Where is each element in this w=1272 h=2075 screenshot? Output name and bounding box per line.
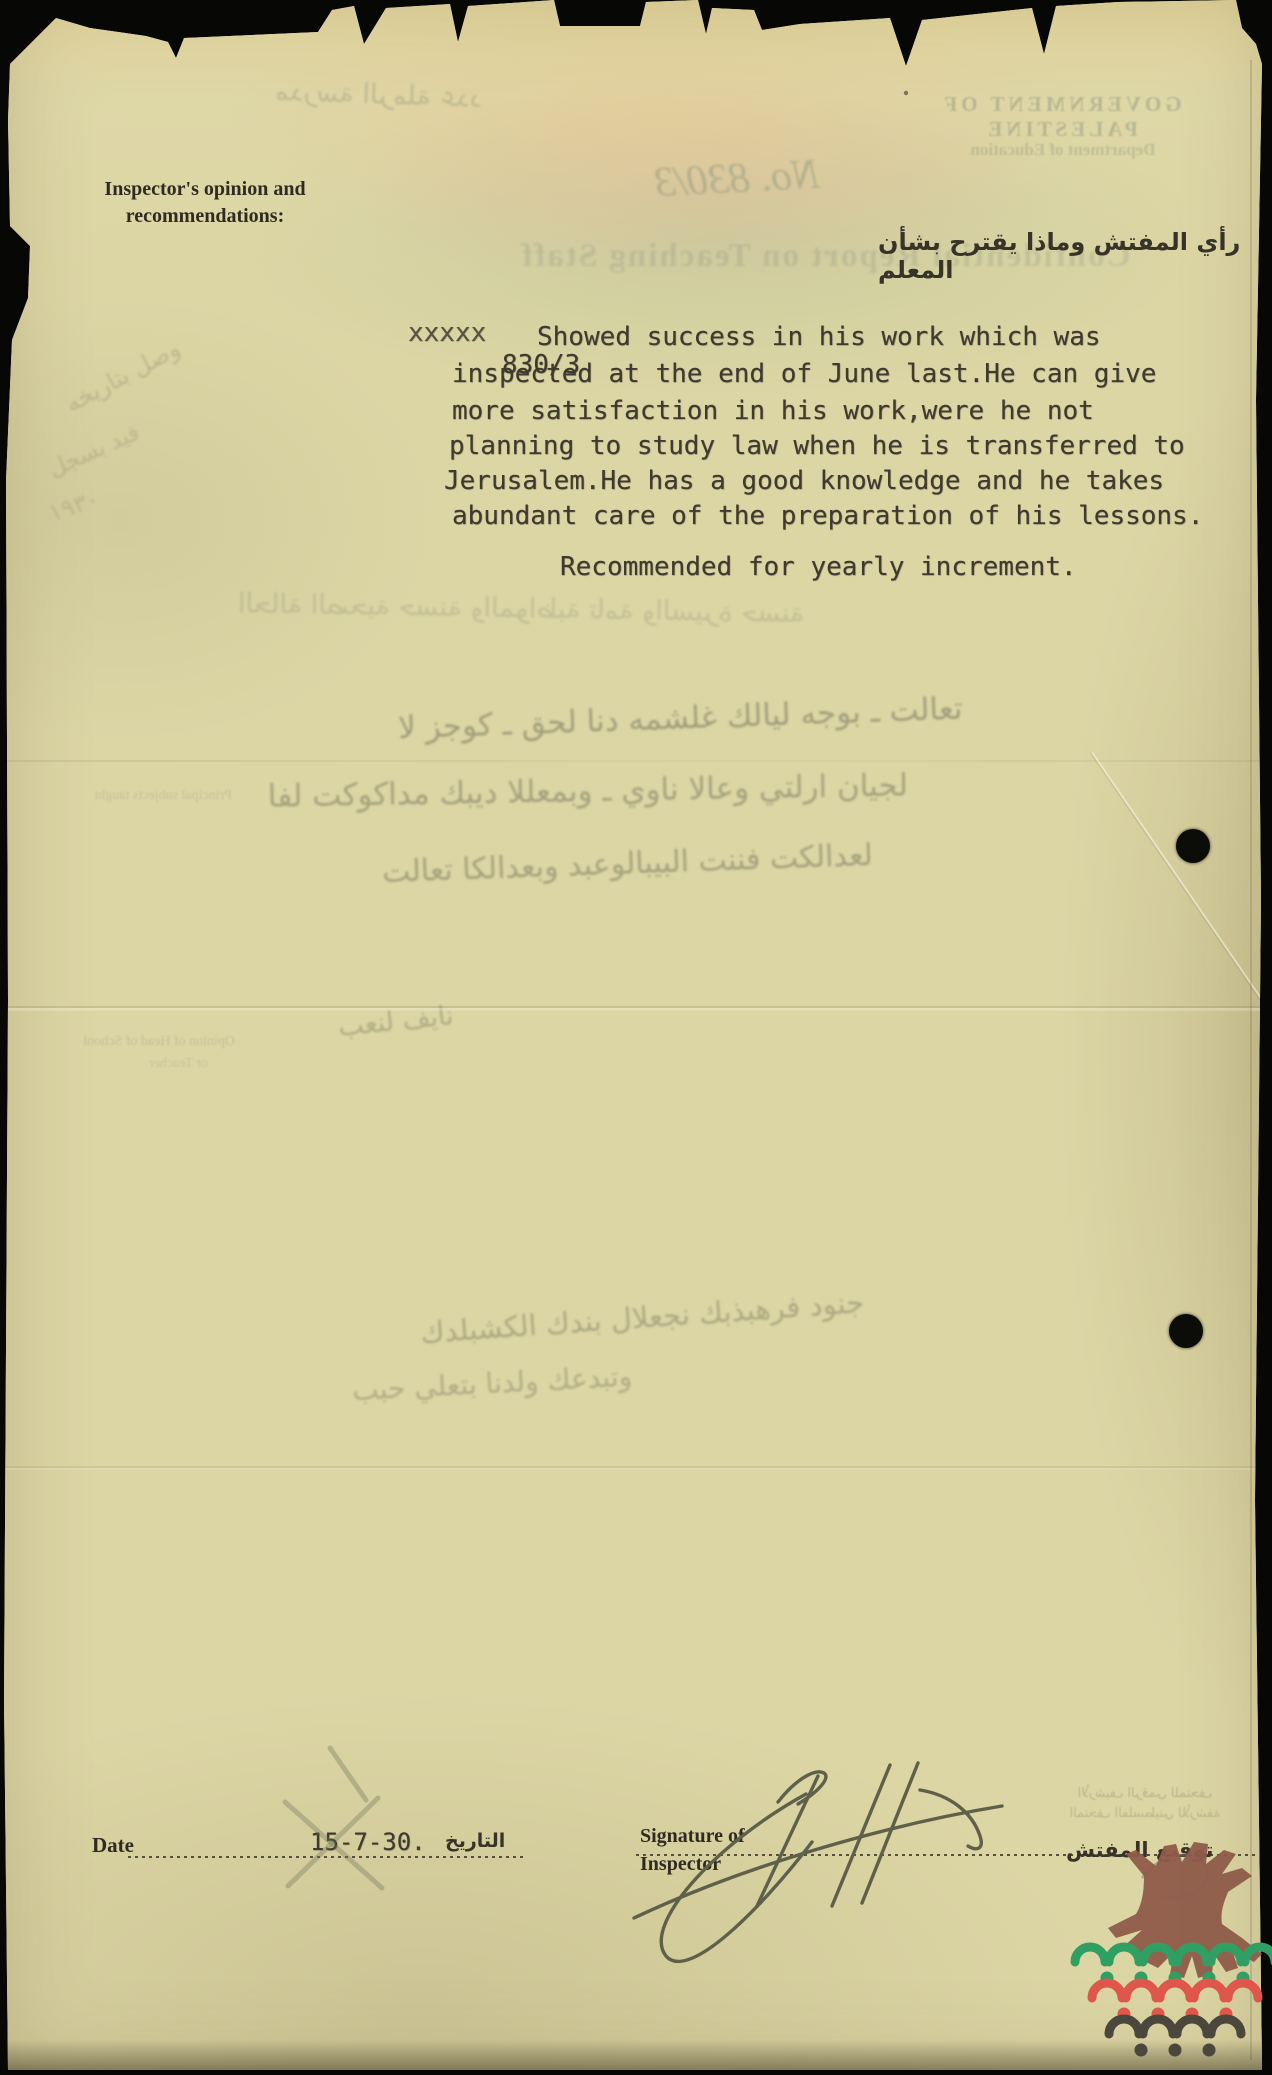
fold-crease-lower xyxy=(0,1466,1272,1468)
signature-of-label: Signature of Inspector xyxy=(640,1822,745,1878)
bleedthrough-file-number: No. 830/3 xyxy=(539,151,821,214)
recommendation-line: Recommended for yearly increment. xyxy=(560,552,1077,582)
inspectors-opinion-label-line1: Inspector's opinion and xyxy=(85,176,325,203)
handwritten-lower-block-line-2: وتبدعك ولدنا بتعلي حبب xyxy=(351,1356,702,1407)
archive-watermark-line-2: المتحف الفلسطيني للأرشفة xyxy=(1036,1806,1254,1821)
handwritten-note-ar-line-3: لعدالكت فننت البيبالوعبد وبعدالكا تعالت xyxy=(382,835,958,890)
bleedthrough-opinion-label-1: Opinion of Head of School xyxy=(50,1034,235,1050)
overtype-strike: xxxxx xyxy=(408,318,486,348)
handwritten-note-ar-line-1: تعالت ـ بوجه ليالك غلشمه دنا لحق ـ كوجز … xyxy=(398,690,989,747)
date-value: 15-7-30. xyxy=(310,1828,426,1856)
report-line-1: Showed success in his work which was xyxy=(537,322,1101,352)
bleedthrough-opinion-label-2: or Teacher xyxy=(58,1056,208,1072)
museum-logo xyxy=(1056,1842,1272,2062)
diagonal-crease xyxy=(1091,752,1272,1025)
report-line-6: abundant care of the preparation of his … xyxy=(452,501,1203,531)
inspectors-opinion-label-ar: رأي المفتش وماذا يقترح بشأن المعلم xyxy=(878,228,1248,284)
bleedthrough-field-line-ar: الحالة الصحية حسنة والمواظبة تامة والسير… xyxy=(238,588,1138,635)
handwritten-note-ar-line-2: لجيان ارلتي وعالا ناوي ـ وبمعللا ديبك مد… xyxy=(388,767,909,812)
fold-crease-middle xyxy=(0,1006,1272,1008)
bleedthrough-department-text: Department of Education xyxy=(918,140,1208,160)
bleedthrough-government-text: GOVERNMENT OF PALESTINE xyxy=(872,92,1250,142)
handwritten-lower-block-line-1: جنود فرهبذبك نجعلال بندك الكشبلدك xyxy=(419,1284,880,1350)
signature-of-label-line1: Signature of xyxy=(640,1822,745,1850)
inspectors-opinion-label: Inspector's opinion and recommendations: xyxy=(85,176,325,230)
hole-punch-bottom xyxy=(1169,1314,1203,1348)
report-line-2: inspected at the end of June last.He can… xyxy=(452,359,1156,389)
date-label-ar: التاريخ xyxy=(445,1830,505,1852)
bleedthrough-top-left-note-ar: مدرسة الرملة عدد xyxy=(275,76,526,116)
margin-scribble-1: وصل بتاريخه xyxy=(61,334,185,418)
scanned-document-page: GOVERNMENT OF PALESTINE Department of Ed… xyxy=(0,0,1272,2075)
margin-scribble-2: قيد بسجل xyxy=(45,419,144,482)
fold-crease-upper xyxy=(0,760,1272,762)
report-line-4: planning to study law when he is transfe… xyxy=(449,431,1185,461)
report-line-3: more satisfaction in his work,were he no… xyxy=(452,396,1094,426)
date-dotted-line xyxy=(128,1856,526,1858)
paper-sheet: GOVERNMENT OF PALESTINE Department of Ed… xyxy=(0,0,1272,2075)
hole-punch-top xyxy=(1176,829,1210,863)
inspectors-opinion-label-line2: recommendations: xyxy=(85,203,325,230)
report-line-5: Jerusalem.He has a good knowledge and he… xyxy=(444,466,1164,496)
date-label: Date xyxy=(92,1833,134,1858)
bleedthrough-subjects-label: Principal subjects taught xyxy=(52,788,232,804)
logo-people-rows xyxy=(1075,1947,1272,2057)
right-edge-crease xyxy=(1250,60,1252,2060)
margin-scribble-3: ١٩٣٠ xyxy=(45,485,103,528)
archive-watermark-line-1: الأرشيف الرقمي للمتحف xyxy=(1040,1786,1250,1801)
